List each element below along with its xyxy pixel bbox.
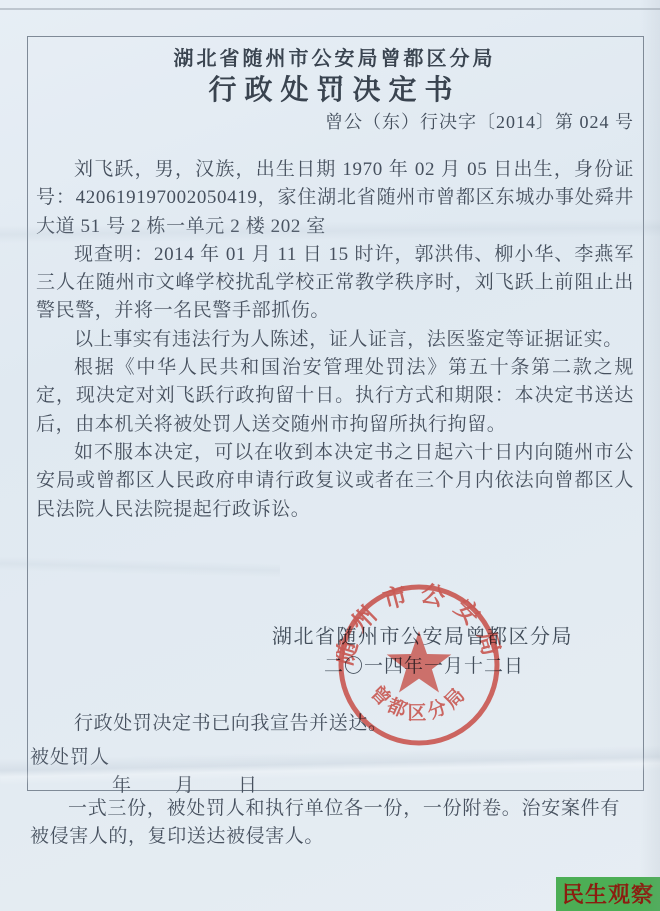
paragraph-decision: 根据《中华人民共和国治安管理处罚法》第五十条第二款之规定，现决定对刘飞跃行政拘留… xyxy=(36,354,634,439)
scan-edge-line xyxy=(0,8,660,10)
paragraph-appeal-rights: 如不服本决定，可以在收到本决定书之日起六十日内向随州市公安局或曾都区人民政府申请… xyxy=(36,439,634,524)
document-body: 刘飞跃，男，汉族，出生日期 1970 年 02 月 05 日出生，身份证号：42… xyxy=(36,156,634,524)
recipient-label: 被处罚人 xyxy=(30,742,110,769)
document-title: 行政处罚决定书 xyxy=(27,68,642,108)
acknowledgment-line: 行政处罚决定书已向我宣告并送达。 xyxy=(36,708,596,735)
scanned-document-page: 湖北省随州市公安局曾都区分局 行政处罚决定书 曾公（东）行决字〔2014〕第 0… xyxy=(0,0,660,911)
paragraph-evidence: 以上事实有违法行为人陈述，证人证言，法医鉴定等证据证实。 xyxy=(36,326,634,354)
watermark-text: 民生观察 xyxy=(562,882,654,907)
paragraph-findings: 现查明：2014 年 01 月 11 日 15 时许，郭洪伟、柳小华、李燕军三人… xyxy=(36,241,634,326)
document-number: 曾公（东）行决字〔2014〕第 024 号 xyxy=(214,108,634,134)
signature-date-blank: 年 月 日 xyxy=(112,770,259,797)
signature-date: 二〇一四年一月十二日 xyxy=(324,651,524,678)
watermark-badge: 民生观察 xyxy=(556,877,660,911)
issuing-agency-header: 湖北省随州市公安局曾都区分局 xyxy=(27,42,642,71)
distribution-footnote: 一式三份，被处罚人和执行单位各一份，一份附卷。治安案件有被侵害人的，复印送达被侵… xyxy=(30,795,620,851)
signature-agency: 湖北省随州市公安局曾都区分局 xyxy=(272,620,573,649)
paragraph-subject-info: 刘飞跃，男，汉族，出生日期 1970 年 02 月 05 日出生，身份证号：42… xyxy=(36,156,634,241)
